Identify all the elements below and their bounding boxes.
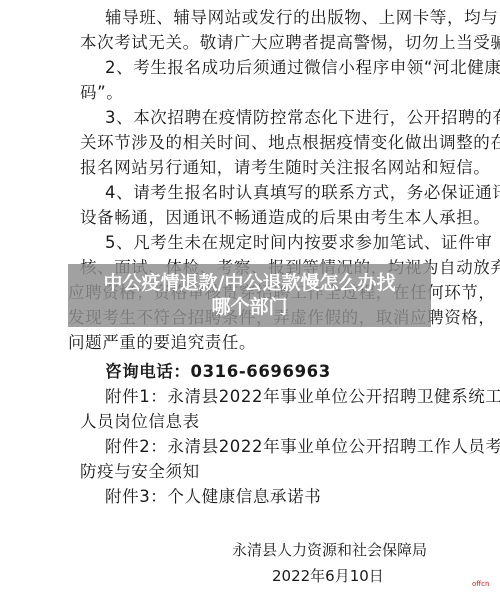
signature-date: 2022年6月10日 [272, 566, 384, 586]
attachment-1-cont: 人员岗位信息表 [80, 412, 200, 432]
overlay-title-line1: 中公疫情退款/中公退款慢怎么办找 [68, 272, 431, 294]
doc-line: 设备畅通，因通讯不畅通造成的后果由考生本人承担。 [80, 208, 490, 228]
doc-line: 3、本次招聘在疫情防控常态化下进行，公开招聘的有 [105, 108, 500, 128]
doc-line: 本次考试无关。敬请广大应聘者提高警惕，切勿上当受骗。 [80, 33, 500, 53]
attachment-1: 附件1：永清县2022年事业单位公开招聘卫健系统工作 [105, 387, 500, 407]
consult-phone: 咨询电话：0316-6696963 [105, 362, 331, 382]
watermark-logo: offcn [472, 580, 489, 588]
attachment-3: 附件3：个人健康信息承诺书 [105, 487, 321, 507]
doc-line: 码”。 [80, 83, 123, 103]
doc-line: 问题严重的要追究责任。 [68, 333, 256, 353]
title-overlay-band: 中公疫情退款/中公退款慢怎么办找 哪个部门 [68, 264, 431, 327]
doc-line: 5、凡考生未在规定时间内按要求参加笔试、证件审 [105, 233, 492, 253]
doc-line: 2、考生报名成功后须通过微信小程序申领“河北健康 [105, 58, 500, 78]
signature-org: 永清县人力资源和社会保障局 [232, 540, 427, 560]
doc-line: 报名网站另行通知，请考生随时关注报名网站和短信。 [80, 158, 490, 178]
doc-line: 辅导班、辅导网站或发行的出版物、上网卡等，均与 [105, 8, 498, 28]
doc-line: 关环节涉及的相关时间、地点根据疫情变化做出调整的在 [80, 133, 500, 153]
doc-line: 4、请考生报名时认真填写的联系方式，务必保证通讯 [105, 183, 500, 203]
attachment-2-cont: 防疫与安全须知 [80, 462, 200, 482]
attachment-2: 附件2：永清县2022年事业单位公开招聘工作人员考试 [105, 437, 500, 457]
overlay-title-line2: 哪个部门 [68, 296, 431, 318]
